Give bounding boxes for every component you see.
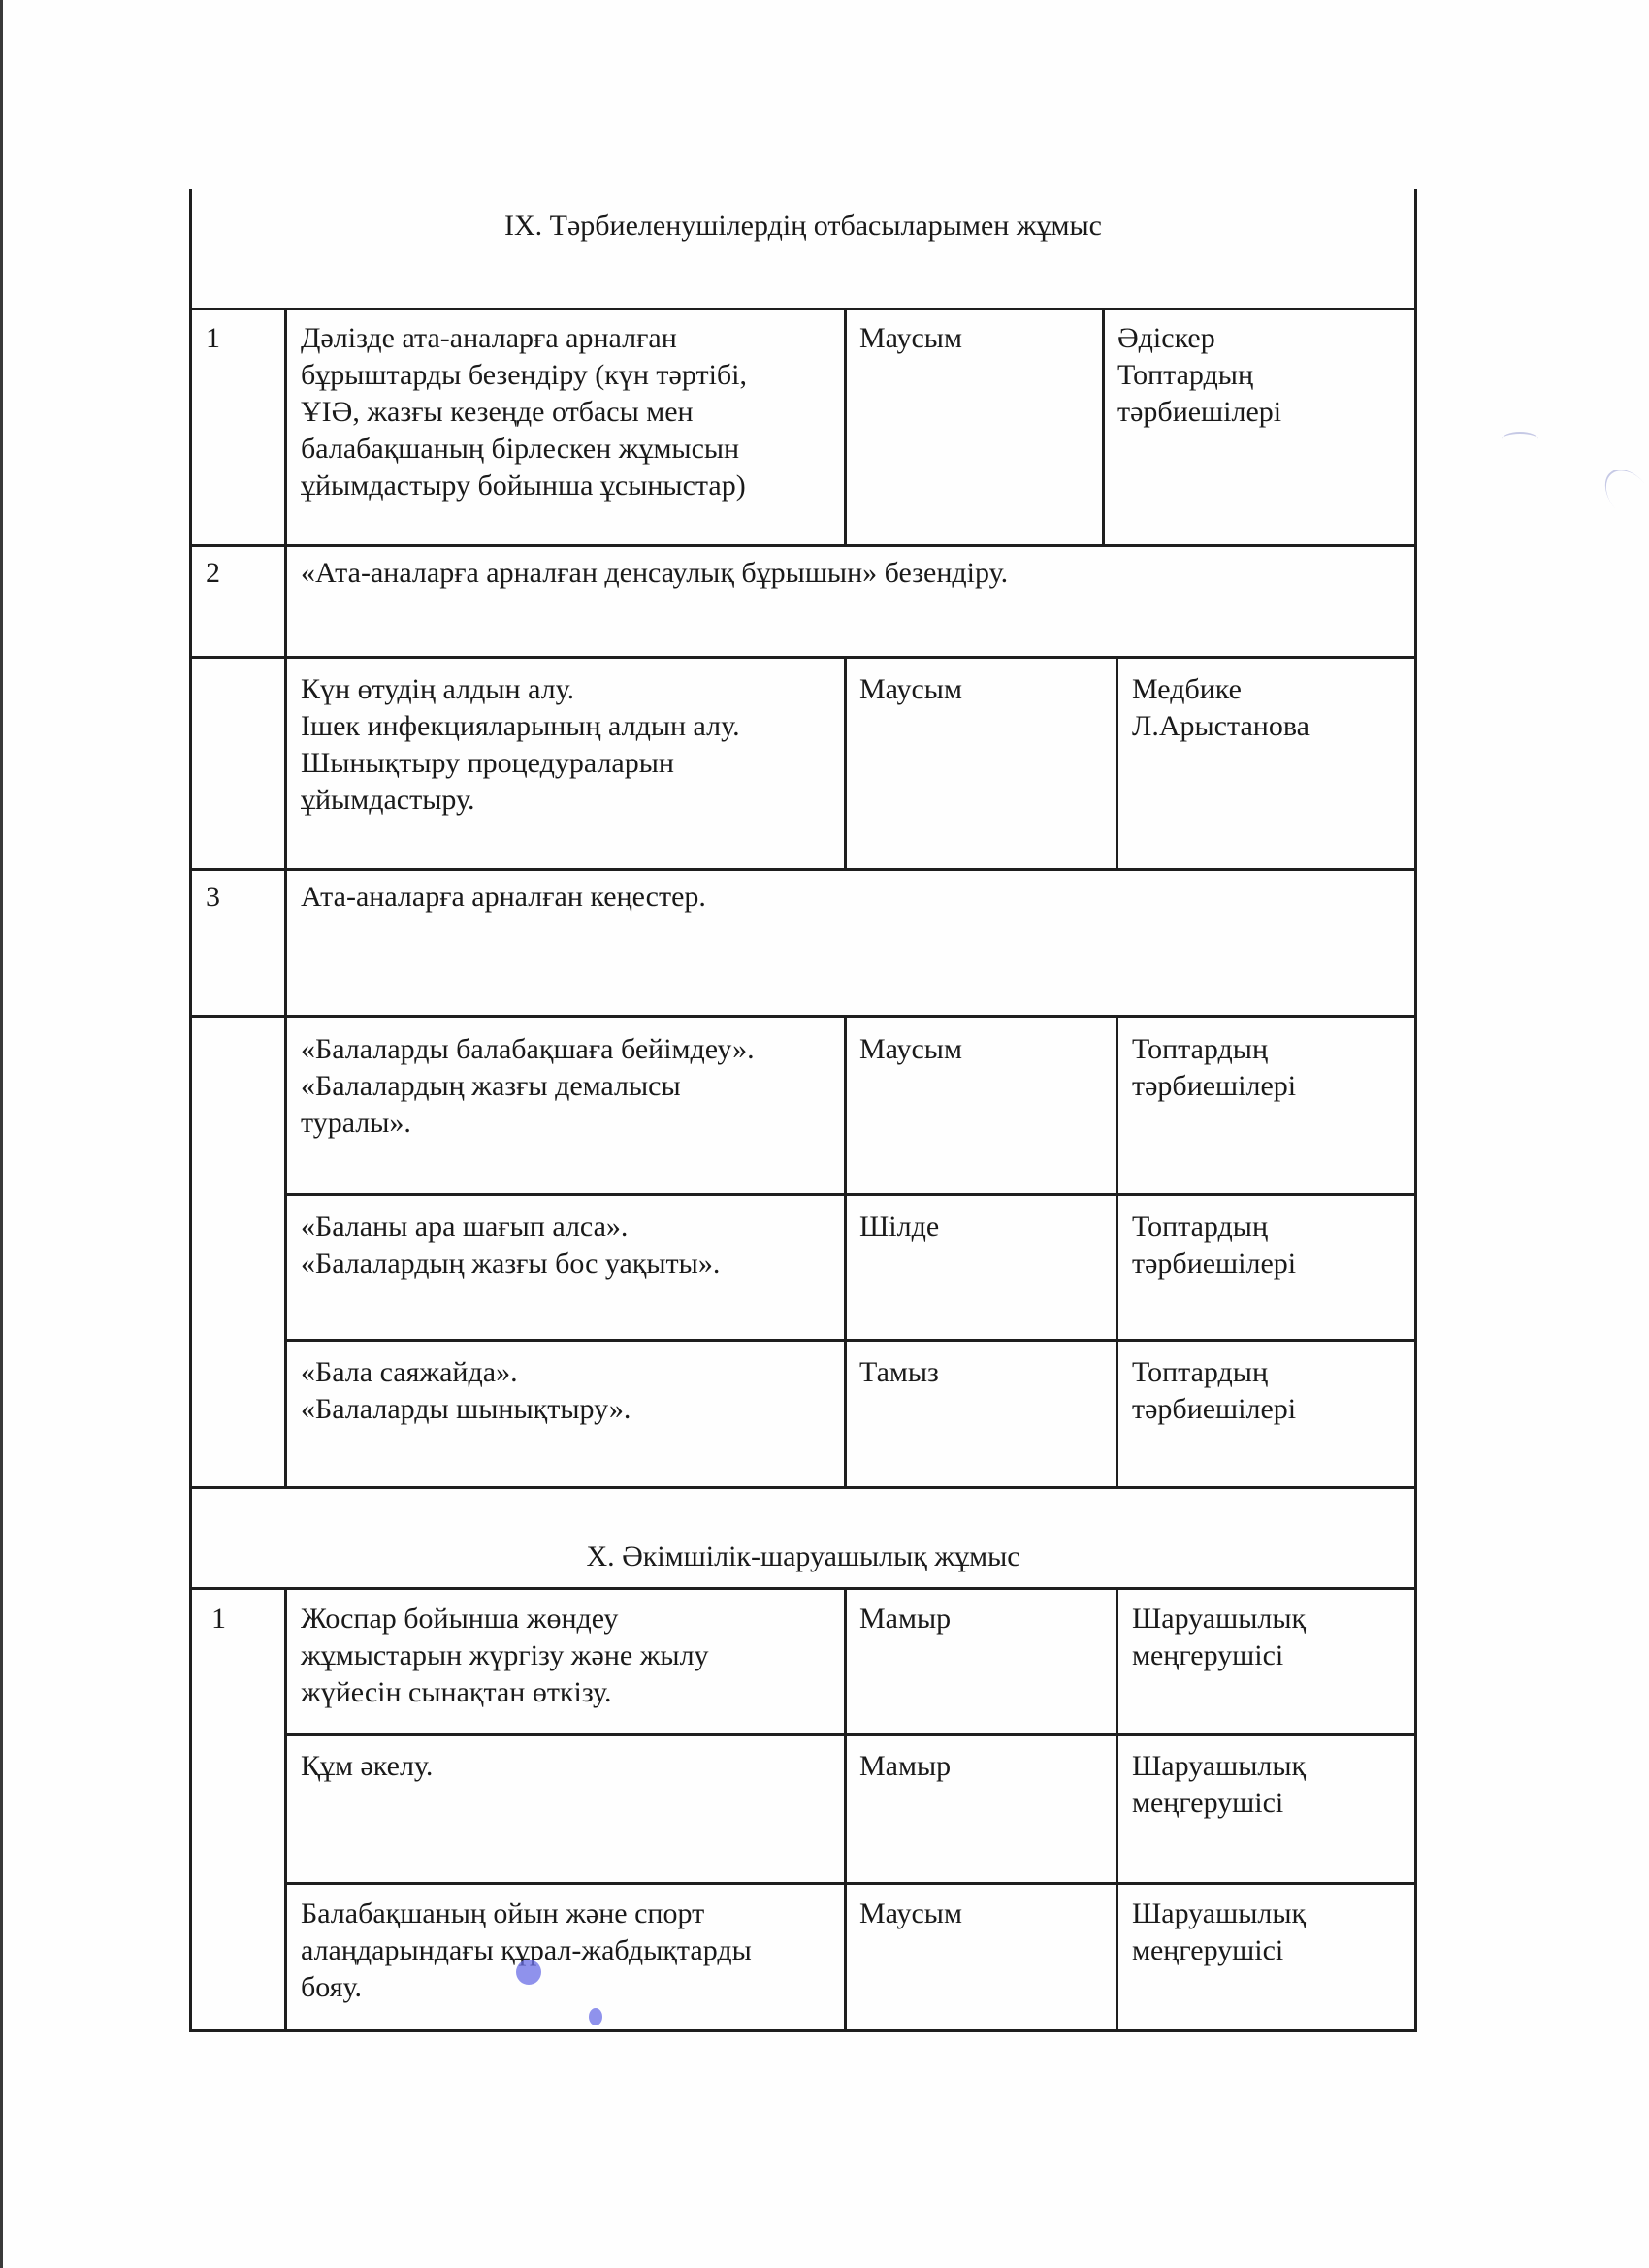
section-heading: IX. Тәрбиеленушілердің отбасыларымен жұм… xyxy=(189,208,1417,244)
ink-blot xyxy=(589,2008,602,2025)
row-divider xyxy=(284,1882,1417,1885)
row-divider xyxy=(189,1015,1417,1018)
row-number: 1 xyxy=(211,1601,226,1637)
row-responsible: Медбике Л.Арыстанова xyxy=(1132,671,1309,745)
table-bottom-border xyxy=(189,2029,1417,2032)
row-responsible: Шаруашылық меңгерушісі xyxy=(1132,1748,1306,1822)
row-responsible: Әдіскер Топтардың тәрбиешілері xyxy=(1117,320,1281,431)
row-content: «Балаларды балабақшаға бейімдеу». «Балал… xyxy=(301,1031,839,1142)
row-divider xyxy=(189,868,1417,871)
row-number: 3 xyxy=(206,879,220,916)
col-divider-date xyxy=(844,656,847,868)
col-divider-date xyxy=(844,308,847,544)
table-left-border xyxy=(189,189,192,2032)
row-date: Мамыр xyxy=(859,1748,951,1785)
row-responsible: Топтардың тәрбиешілері xyxy=(1132,1354,1296,1428)
row-responsible: Шаруашылық меңгерушісі xyxy=(1132,1895,1306,1969)
row-date: Маусым xyxy=(859,671,962,708)
row-divider xyxy=(284,1733,1417,1736)
col-divider-date xyxy=(844,1015,847,1486)
col-divider-num xyxy=(284,308,287,1486)
row-responsible: Шаруашылық меңгерушісі xyxy=(1132,1601,1306,1674)
col-divider-date xyxy=(844,1587,847,2029)
row-date: Тамыз xyxy=(859,1354,939,1391)
col-divider-num xyxy=(284,1587,287,2029)
row-divider xyxy=(284,1193,1417,1196)
row-divider xyxy=(189,544,1417,547)
row-content: Ата-аналарға арналған кеңестер. xyxy=(301,879,1406,916)
row-responsible: Топтардың тәрбиешілері xyxy=(1132,1209,1296,1282)
row-content: Күн өтудің алдын алу. Ішек инфекцияларын… xyxy=(301,671,834,819)
row-content: «Ата-аналарға арналған денсаулық бұрышын… xyxy=(301,555,1406,592)
row-divider xyxy=(189,1486,1417,1489)
row-date: Шілде xyxy=(859,1209,939,1246)
row-content: Дәлізде ата-аналарға арналған бұрыштарды… xyxy=(301,320,834,504)
table-right-border xyxy=(1414,189,1417,2032)
col-divider-resp xyxy=(1115,1015,1118,1486)
col-divider-resp xyxy=(1115,1587,1118,2029)
col-divider-resp xyxy=(1102,308,1105,544)
row-content: «Бала саяжайда». «Балаларды шынықтыру». xyxy=(301,1354,839,1428)
row-number: 1 xyxy=(206,320,220,357)
scan-edge xyxy=(0,0,3,2268)
pen-mark xyxy=(1596,460,1649,531)
row-date: Маусым xyxy=(859,1031,962,1068)
row-divider xyxy=(284,1339,1417,1342)
col-divider-resp xyxy=(1115,656,1118,868)
row-date: Маусым xyxy=(859,1895,962,1932)
row-divider xyxy=(189,656,1417,659)
section-heading: X. Әкімшілік-шаруашылық жұмыс xyxy=(189,1539,1417,1575)
row-number: 2 xyxy=(206,555,220,592)
row-content: Құм әкелу. xyxy=(301,1748,839,1785)
row-date: Маусым xyxy=(859,320,962,357)
scanned-page: IX. Тәрбиеленушілердің отбасыларымен жұм… xyxy=(0,0,1649,2268)
ink-blot xyxy=(516,1960,541,1985)
row-date: Мамыр xyxy=(859,1601,951,1637)
row-content: Жоспар бойынша жөндеу жұмыстарын жүргізу… xyxy=(301,1601,839,1711)
row-divider xyxy=(189,1587,1417,1590)
pen-mark xyxy=(1502,432,1538,447)
row-responsible: Топтардың тәрбиешілері xyxy=(1132,1031,1296,1105)
row-content: «Баланы ара шағып алса». «Балалардың жаз… xyxy=(301,1209,839,1282)
row-divider xyxy=(189,308,1417,310)
row-content: Балабақшаның ойын және спорт алаңдарында… xyxy=(301,1895,839,2006)
